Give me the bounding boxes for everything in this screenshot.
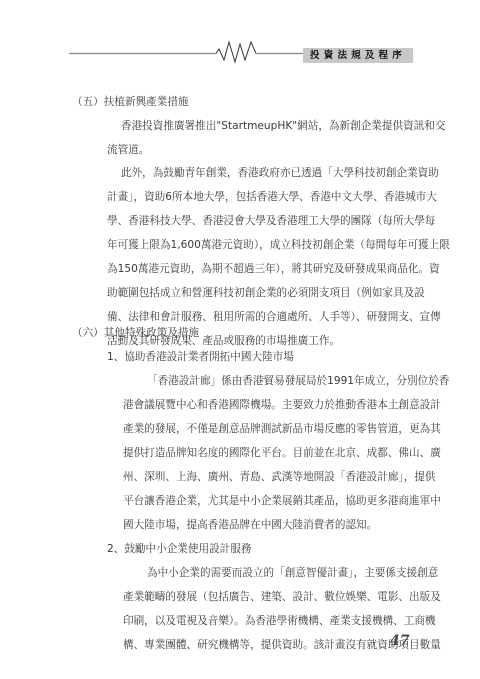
paragraph-line: 備、法律和會計服務、租用所需的合適處所、人手等）、研發開支、宣傳	[107, 311, 441, 324]
paragraph-line: 流管道。	[107, 144, 149, 157]
section-heading: （五）扶植新興產業措施	[72, 96, 189, 109]
zigzag-rule-icon	[0, 0, 480, 80]
paragraph-line: 平台讓香港企業，尤其是中小企業展銷其產品，協助更多港商進軍中	[123, 495, 441, 508]
paragraph-line: 印刷，以及電視及音樂）。為香港學術機構、產業支援機構、工商機	[123, 615, 436, 628]
paragraph-line: 「香港設計廊」係由香港貿易發展局於1991年成立，分別位於香	[147, 375, 449, 388]
running-header: 投資法規及程序	[0, 0, 480, 80]
paragraph-line: 為150萬港元資助，為期不超過三年），將其研究及研發成果商品化。資	[107, 263, 440, 276]
paragraph-line: 提供打造品牌知名度的國際化平台。目前並在北京、成都、佛山、廣	[123, 447, 441, 460]
paragraph-line: 計畫」，資助6所本地大學，包括香港大學、香港中文大學、香港城市大	[107, 191, 437, 204]
section-heading: （六）其他特殊政策及措施	[72, 327, 199, 340]
paragraph-line: 助範圍包括成立和營運科技初創企業的必須開支項目（例如家具及設	[107, 287, 425, 300]
paragraph-line: 國大陸市場，提高香港品牌在中國大陸消費者的認知。	[123, 519, 377, 532]
header-title: 投資法規及程序	[303, 48, 413, 63]
paragraph-line: 香港投資推廣署推出"StartmeupHK"網站，為新創企業提供資訊和交	[121, 120, 445, 133]
item-title: 1、協助香港設計業者開拓中國大陸市場	[107, 351, 294, 364]
item-title: 2、鼓勵中小企業使用設計服務	[107, 543, 251, 556]
paragraph-line: 州、深圳、上海、廣州、青島、武漢等地開設「香港設計廊」，提供	[123, 471, 436, 484]
paragraph-line: 產業範疇的發展（包括廣告、建築、設計、數位娛樂、電影、出版及	[123, 591, 441, 604]
paragraph-line: 年可獲上限為1,600萬港元資助），成立科技初創企業（每間每年可獲上限	[107, 239, 450, 252]
paragraph-line: 產業的發展，不僅是創意品牌測試新品市場反應的零售管道，更為其	[123, 423, 441, 436]
paragraph-line: 此外，為鼓勵青年創業，香港政府亦已透過「大學科技初創企業資助	[121, 167, 439, 180]
page-number: 47	[390, 633, 409, 649]
paragraph-line: 港會議展覽中心和香港國際機場。主要致力於推動香港本土創意設計	[123, 399, 441, 412]
paragraph-line: 為中小企業的需要而設立的「創意智優計畫」，主要係支援創意	[147, 567, 438, 580]
paragraph-line: 學、香港科技大學、香港浸會大學及香港理工大學的團隊（每所大學每	[107, 215, 435, 228]
